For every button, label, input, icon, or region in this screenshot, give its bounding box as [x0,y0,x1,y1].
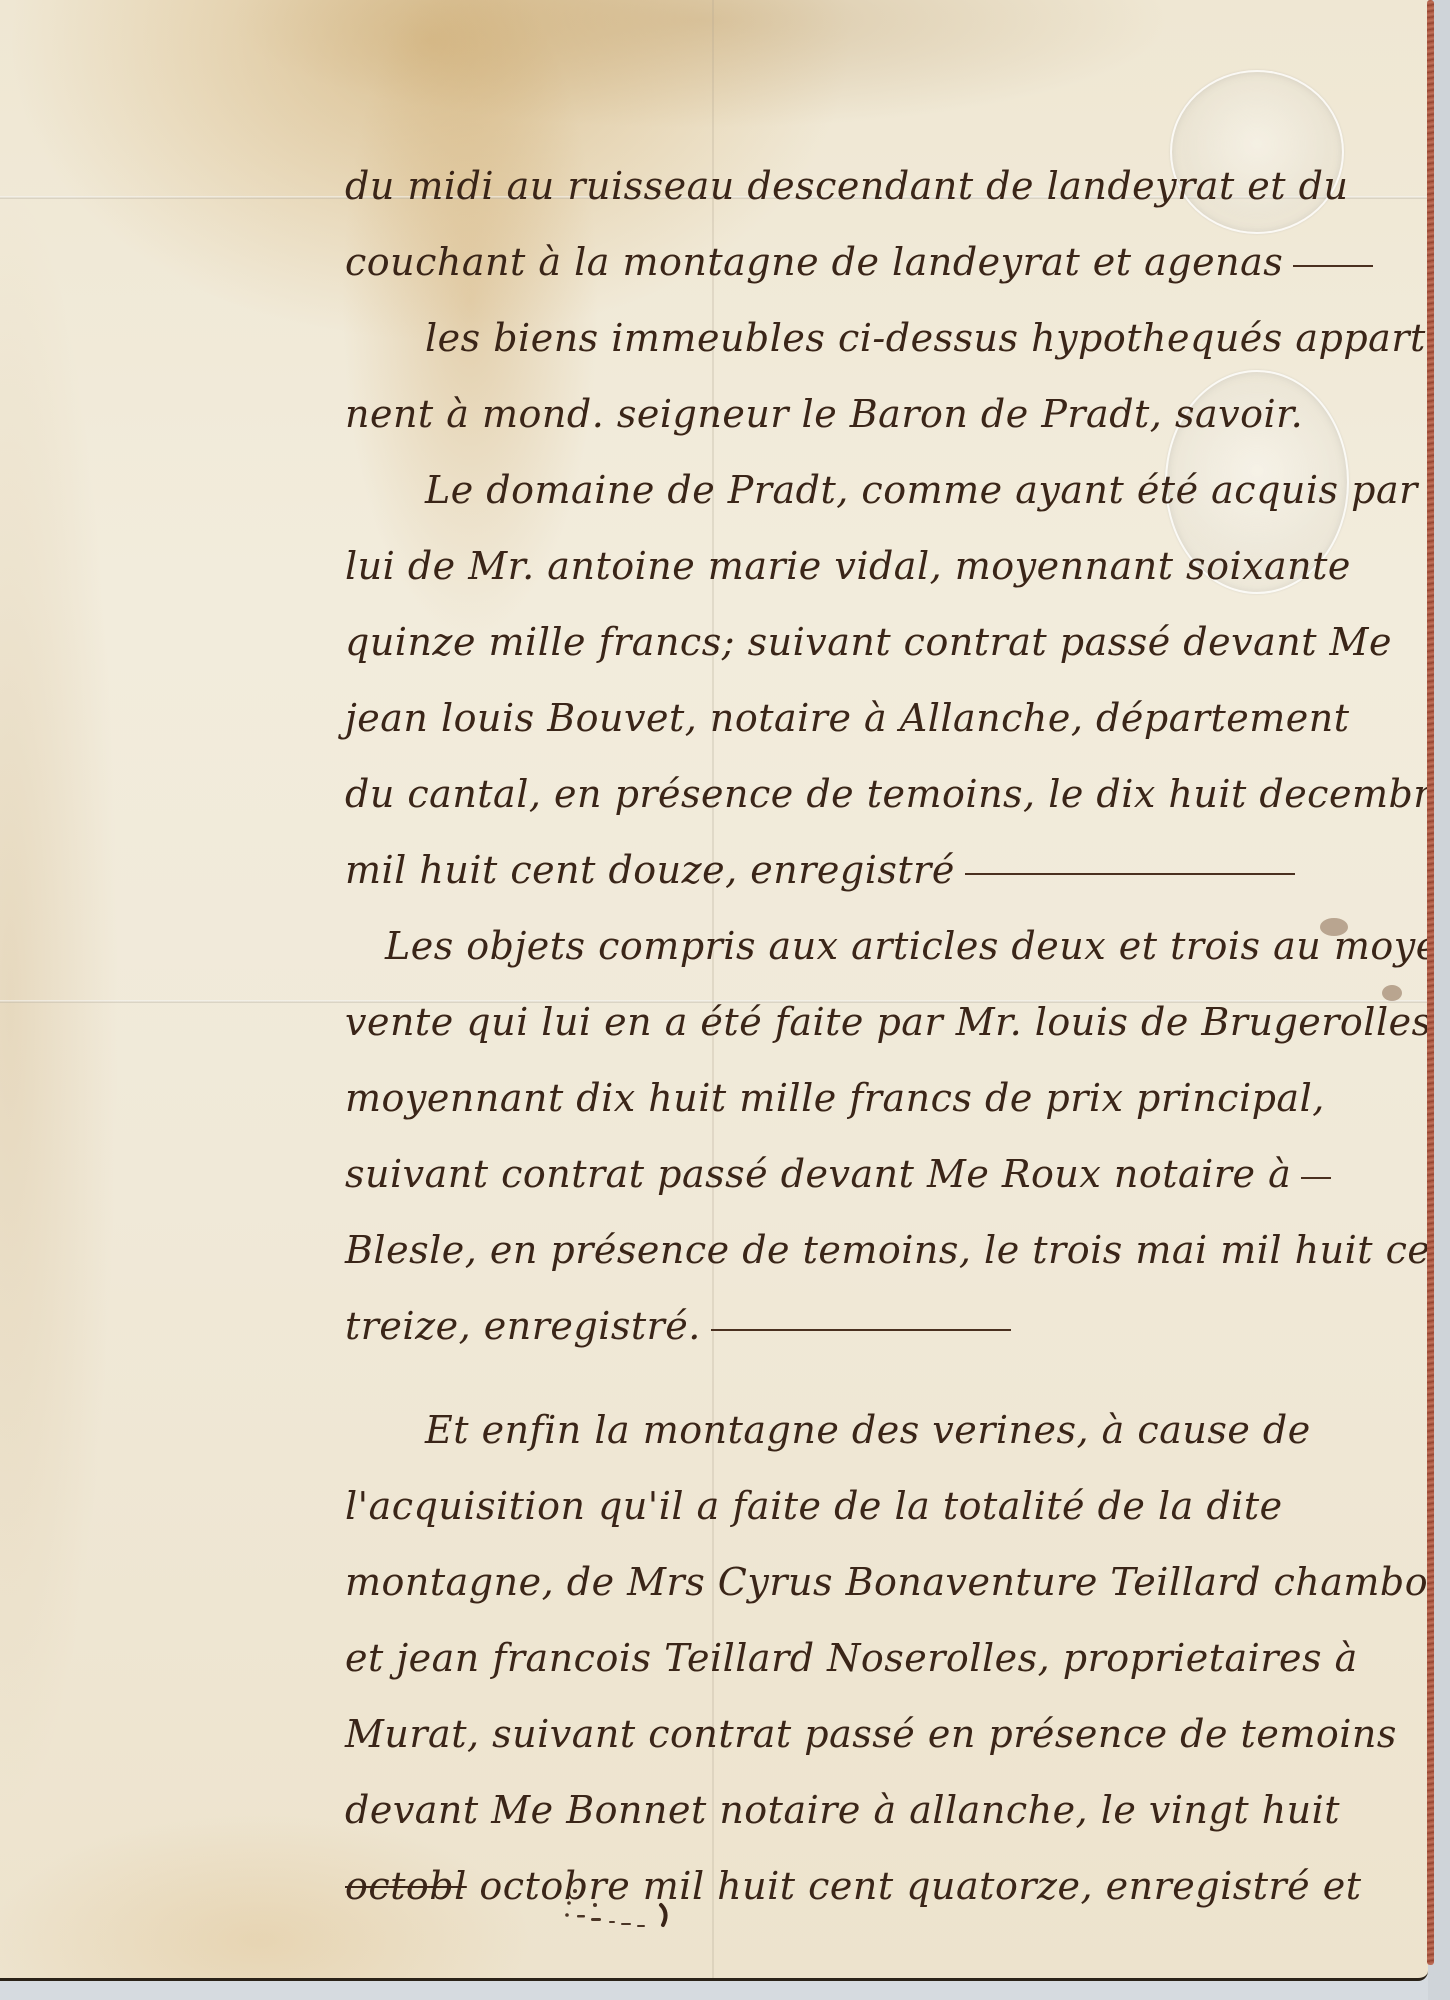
text-line: lui de Mr. antoine marie vidal, moyennan… [345,528,1370,604]
manuscript-page: du midi au ruisseau descendant de landey… [0,0,1428,1981]
paragraph-3: Le domaine de Pradt, comme ayant été acq… [345,452,1370,908]
text-line-content: couchant à la montagne de landeyrat et a… [345,240,1283,284]
line-filler-dash [965,873,1295,875]
paragraph-2: les biens immeubles ci-dessus hypothequé… [345,300,1370,452]
text-line: jean louis Bouvet, notaire à Allanche, d… [345,680,1370,756]
text-line: Murat, suivant contrat passé en présence… [345,1696,1370,1772]
binding-string [1427,0,1434,1965]
text-line: suivant contrat passé devant Me Roux not… [345,1136,1370,1212]
text-line: Et enfin la montagne des verines, à caus… [345,1392,1370,1468]
text-line: vente qui lui en a été faite par Mr. lou… [345,984,1370,1060]
text-line: couchant à la montagne de landeyrat et a… [345,224,1370,300]
ink-flourish-icon [565,1885,685,1935]
paragraph-5: Et enfin la montagne des verines, à caus… [345,1392,1370,1924]
manuscript-text: du midi au ruisseau descendant de landey… [345,148,1370,1924]
text-line: du midi au ruisseau descendant de landey… [345,148,1370,224]
text-line: l'acquisition qu'il a faite de la totali… [345,1468,1370,1544]
text-line: quinze mille francs; suivant contrat pas… [345,604,1370,680]
paragraph-4: Les objets compris aux articles deux et … [345,908,1370,1364]
paragraph-gap [345,1364,1370,1392]
text-line: nent à mond. seigneur le Baron de Pradt,… [345,376,1370,452]
text-line: devant Me Bonnet notaire à allanche, le … [345,1772,1370,1848]
line-filler-dash [1301,1177,1331,1179]
text-line-content: treize, enregistré. [345,1304,701,1348]
text-line: montagne, de Mrs Cyrus Bonaventure Teill… [345,1544,1370,1620]
paragraph-1: du midi au ruisseau descendant de landey… [345,148,1370,300]
text-line: du cantal, en présence de temoins, le di… [345,756,1370,832]
text-line-content: suivant contrat passé devant Me Roux not… [345,1152,1291,1196]
text-line: treize, enregistré. [345,1288,1370,1364]
line-filler-dash [1293,265,1373,267]
text-line: et jean francois Teillard Noserolles, pr… [345,1620,1370,1696]
text-line: Les objets compris aux articles deux et … [345,908,1370,984]
struck-word: octobl [345,1864,467,1908]
line-filler-dash [711,1329,1011,1331]
text-line: octobl octobre mil huit cent quatorze, e… [345,1848,1370,1924]
ink-spot [1382,985,1402,1001]
text-line-content: mil huit cent douze, enregistré [345,848,955,892]
text-line: mil huit cent douze, enregistré [345,832,1370,908]
text-line: moyennant dix huit mille francs de prix … [345,1060,1370,1136]
text-line: Blesle, en présence de temoins, le trois… [345,1212,1370,1288]
text-line: les biens immeubles ci-dessus hypothequé… [345,300,1370,376]
text-line: Le domaine de Pradt, comme ayant été acq… [345,452,1370,528]
